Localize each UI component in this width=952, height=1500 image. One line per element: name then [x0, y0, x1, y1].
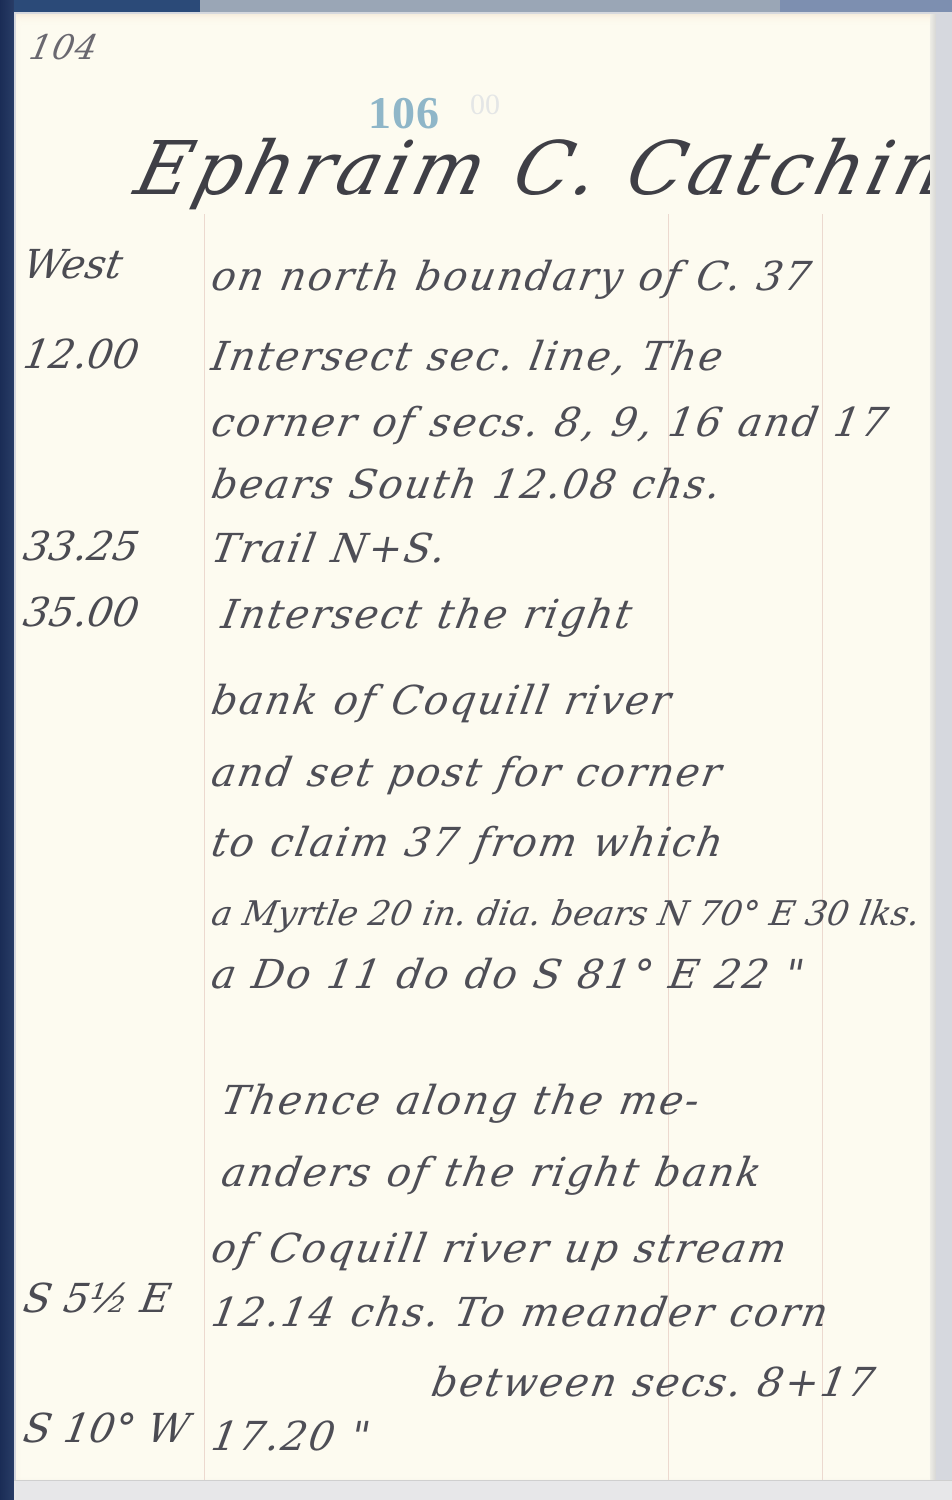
note-line: corner of secs. 8, 9, 16 and 17 [208, 400, 893, 446]
note-line: on north boundary of C. 37 [208, 254, 816, 300]
viewer-top-bar [0, 0, 952, 12]
note-line: bank of Coquill river [208, 678, 676, 724]
viewer-bottom-bar [14, 1480, 952, 1500]
note-line: 12.14 chs. To meander corn [208, 1290, 834, 1336]
note-line: and set post for corner [208, 750, 727, 796]
note-line: anders of the right bank [218, 1150, 767, 1196]
scanned-page: 104 106 00 Ephraim C. Catching West 12.0… [16, 14, 936, 1480]
handwritten-page-number: 104 [26, 28, 102, 68]
margin-rule-line [204, 214, 205, 1480]
stamp-ghost-mark: 00 [470, 88, 500, 122]
note-line: to claim 37 from which [208, 820, 729, 866]
note-line: bears South 12.08 chs. [208, 462, 726, 508]
note-line: Intersect sec. line, The [208, 334, 729, 380]
note-line: of Coquill river up stream [208, 1226, 792, 1272]
note-line: between secs. 8+17 [428, 1360, 880, 1406]
margin-distance: 12.00 [20, 332, 206, 378]
page-title: Ephraim C. Catching [127, 126, 936, 212]
note-line: 17.20 " [208, 1414, 376, 1460]
note-line: Intersect the right [218, 592, 638, 638]
document-viewer: 104 106 00 Ephraim C. Catching West 12.0… [0, 0, 952, 1500]
note-line: Thence along the me- [218, 1078, 705, 1124]
note-line: Trail N+S. [208, 526, 451, 572]
note-line: a Myrtle 20 in. dia. bears N 70° E 30 lk… [208, 894, 923, 934]
viewer-left-edge [0, 0, 14, 1500]
margin-distance: 33.25 [20, 524, 206, 570]
margin-distance: 35.00 [20, 590, 206, 636]
margin-direction: West [20, 242, 206, 288]
margin-bearing: S 10° W [20, 1406, 206, 1452]
note-line: a Do 11 do do S 81° E 22 " [208, 952, 810, 998]
margin-bearing: S 5½ E [20, 1276, 206, 1322]
